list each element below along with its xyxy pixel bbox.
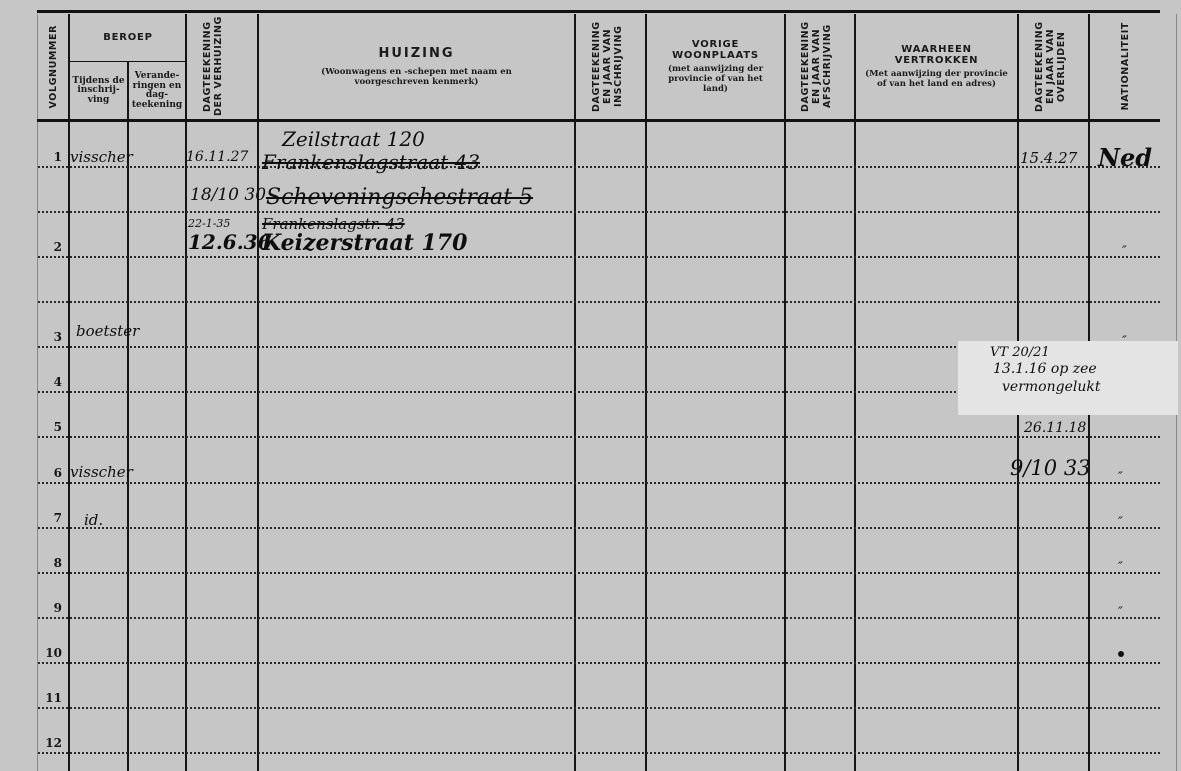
ditto-mark: ″ [1118,560,1123,575]
ditto-mark: ″ [1118,605,1123,620]
header-dagteekening-inschrijving: DAGTEEKENING EN JAAR VAN INSCHRIJVING [576,14,645,119]
row-number: 3 [34,330,62,344]
nationaliteit-entry-1: Ned [1098,143,1152,172]
header-dagteekening-verhuizing: DAGTEEKENING DER VERHUIZING [187,14,257,119]
row-line-1 [38,166,1160,168]
ditto-mark: ″ [1118,470,1123,485]
row-number: 12 [34,736,62,750]
beroep-entry-7: id. [84,511,103,529]
row-number: 5 [34,420,62,434]
verhuizing-date-4: 12.6.36 [188,230,272,254]
verhuizing-date-1: 16.11.27 [186,149,248,165]
header-beroep-veranderingen: Verande-ringen en dag-teekening [129,64,185,118]
header-huizing: HUIZING (Woonwagens en -schepen met naam… [259,14,574,119]
note-line-2: 13.1.16 op zee [993,361,1097,377]
huizing-address-2: Frankenslagstraat 43 [262,150,480,174]
ditto-mark: ″ [1122,244,1127,259]
row-number: 11 [34,691,62,705]
huizing-address-5: Keizerstraat 170 [262,230,467,256]
row-number: 2 [34,240,62,254]
row-line-1b [38,211,1160,213]
row-number: 9 [34,601,62,615]
ditto-dot [1118,651,1124,657]
header-nationaliteit: NATIONALITEIT [1090,14,1160,119]
row-line-11 [38,707,1160,709]
row-number: 1 [34,150,62,164]
note-line-3: vermongelukt [1002,379,1100,395]
top-rule [37,10,1160,13]
row-line-2b [38,301,1160,303]
header-beroep: BEROEP [70,14,186,60]
col-line-2 [127,62,129,771]
overlijden-date-5: 26.11.18 [1024,420,1086,436]
row-line-9 [38,617,1160,619]
beroep-entry-1: visscher [70,148,133,166]
row-number: 7 [34,511,62,525]
ditto-mark: ″ [1122,334,1127,349]
row-line-2 [38,256,1160,258]
header-waarheen-vertrokken: WAARHEEN VERTROKKEN (Met aanwijzing der … [856,14,1017,119]
huizing-address-3: Scheveningschestraat 5 [266,185,533,210]
row-line-10 [38,662,1160,664]
beroep-entry-3: boetster [76,322,139,340]
row-line-6 [38,482,1160,484]
row-number: 6 [34,466,62,480]
header-volgnummer: VOLGNUMMER [38,14,68,119]
row-line-12 [38,752,1160,754]
overlijden-date-1: 15.4.27 [1020,149,1077,167]
row-number: 8 [34,556,62,570]
row-number: 4 [34,375,62,389]
verhuizing-date-2: 18/10 30 [190,185,266,205]
huizing-address-1: Zeilstraat 120 [282,127,425,151]
overlijden-date-6: 9/10 33 [1010,456,1091,480]
header-beroep-tijdens: Tijdens de inschrij-ving [70,64,127,118]
header-vorige-woonplaats: VORIGE WOONPLAATS (met aanwijzing der pr… [647,14,784,119]
row-line-5 [38,436,1160,438]
register-page: VOLGNUMMER BEROEP Tijdens de inschrij-vi… [0,0,1181,771]
header-dagteekening-afschrijving: DAGTEEKENING EN JAAR VAN AFSCHRIJVING [786,14,854,119]
verhuizing-date-3: 22-1-35 [188,217,230,230]
row-line-8 [38,572,1160,574]
row-number: 10 [34,646,62,660]
header-bottom-rule [37,119,1160,122]
beroep-entry-6: visscher [70,463,133,481]
header-dagteekening-overlijden: DAGTEEKENING EN JAAR VAN OVERLIJDEN [1019,14,1088,119]
ditto-mark: ″ [1118,515,1123,530]
note-line-1: VT 20/21 [990,345,1050,360]
row-line-7 [38,527,1160,529]
